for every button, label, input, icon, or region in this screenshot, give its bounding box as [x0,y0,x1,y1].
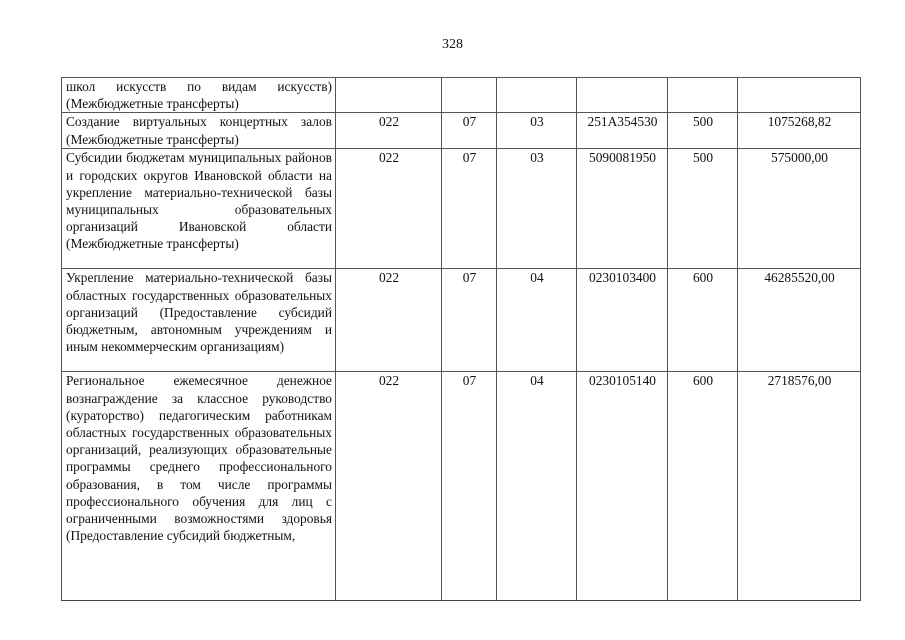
ministry-code: 022 [336,113,442,149]
target-article-code: 0230105140 [577,372,668,601]
page-number: 328 [0,37,905,53]
section-code: 07 [442,113,497,149]
row-description: Субсидии бюджетам муниципальных районов … [62,149,336,269]
row-description: Региональное ежемесячное денежное вознаг… [62,372,336,601]
target-article-code: 251А354530 [577,113,668,149]
ministry-code: 022 [336,269,442,372]
expense-type-code: 500 [668,113,738,149]
amount [738,78,861,113]
row-description: Укрепление материально-технической базы … [62,269,336,372]
row-description: Создание виртуальных концертных залов (М… [62,113,336,149]
table-row: школ искусств по видам искусств) (Межбюд… [62,78,861,113]
section-code: 07 [442,269,497,372]
amount: 46285520,00 [738,269,861,372]
amount: 575000,00 [738,149,861,269]
table-row: Укрепление материально-технической базы … [62,269,861,372]
expense-type-code: 600 [668,372,738,601]
table-row: Региональное ежемесячное денежное вознаг… [62,372,861,601]
target-article-code [577,78,668,113]
expense-type-code [668,78,738,113]
subsection-code: 04 [497,269,577,372]
target-article-code: 0230103400 [577,269,668,372]
row-description: школ искусств по видам искусств) (Межбюд… [62,78,336,113]
table-row: Субсидии бюджетам муниципальных районов … [62,149,861,269]
subsection-code: 04 [497,372,577,601]
expense-type-code: 600 [668,269,738,372]
table-row: Создание виртуальных концертных залов (М… [62,113,861,149]
ministry-code [336,78,442,113]
subsection-code [497,78,577,113]
budget-table: школ искусств по видам искусств) (Межбюд… [61,77,861,601]
target-article-code: 5090081950 [577,149,668,269]
section-code: 07 [442,372,497,601]
amount: 1075268,82 [738,113,861,149]
ministry-code: 022 [336,149,442,269]
subsection-code: 03 [497,149,577,269]
section-code: 07 [442,149,497,269]
section-code [442,78,497,113]
ministry-code: 022 [336,372,442,601]
amount: 2718576,00 [738,372,861,601]
expense-type-code: 500 [668,149,738,269]
subsection-code: 03 [497,113,577,149]
